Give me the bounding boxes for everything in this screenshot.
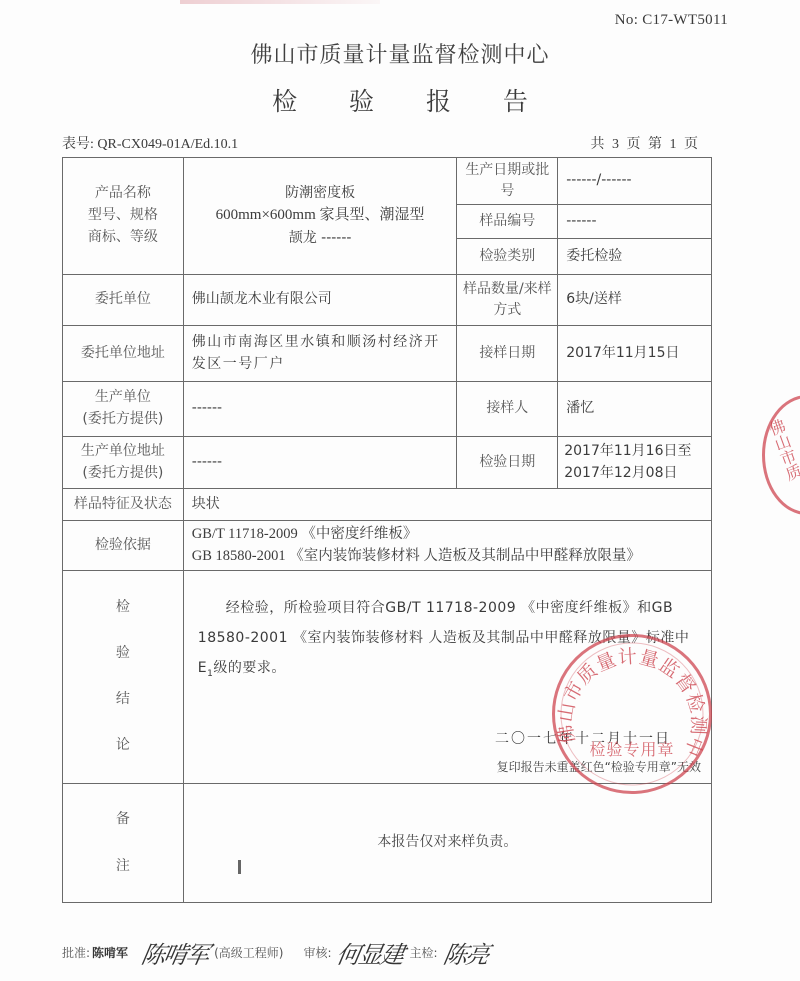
label-line: 生产单位 <box>65 387 181 409</box>
signature-footer: 批准: 陈啃军 陈啃军 (高级工程师) 审核: 何显建 主检: 陈亮 <box>62 935 494 970</box>
side-seal-stamp: 佛山市质 <box>762 395 800 515</box>
top-edge-smudge <box>180 0 380 4</box>
label-char: 结 <box>116 689 130 711</box>
manufacturer-address-label: 生产单位地址 (委托方提供) <box>63 437 184 489</box>
inspection-date-value: 2017年11月16日至 2017年12月08日 <box>558 437 712 489</box>
basis-value: GB/T 11718-2009 《中密度纤维板》 GB 18580-2001 《… <box>183 521 711 571</box>
table-row: 产品名称 型号、规格 商标、等级 防潮密度板 600mm×600mm 家具型、潮… <box>63 158 712 205</box>
production-date-label: 生产日期或批号 <box>457 158 558 205</box>
remarks-text: 本报告仅对来样负责。 <box>377 832 517 854</box>
basis-line: GB/T 11718-2009 《中密度纤维板》 <box>192 524 703 545</box>
receive-date-label: 接样日期 <box>457 326 558 382</box>
approver-signature: 陈啃军 <box>139 935 211 970</box>
label-line: 型号、规格 <box>65 205 181 227</box>
label-char: 备 <box>116 809 130 831</box>
client-address-value: 佛山市南海区里水镇和顺汤村经济开发区一号厂户 <box>183 326 457 382</box>
seal-center-text: 检验专用章 <box>555 737 709 760</box>
page-info: 共 3 页 第 1 页 <box>591 133 699 153</box>
label-line: (委托方提供) <box>65 409 181 431</box>
table-row: 委托单位 佛山颉龙木业有限公司 样品数量/来样方式 6块/送样 <box>63 275 712 326</box>
seal-ring-text-icon: 佛山市质量计量监督检测中心 <box>555 637 709 791</box>
form-number: 表号: QR-CX049-01A/Ed.10.1 <box>62 133 238 153</box>
sample-no-label: 样品编号 <box>457 205 558 239</box>
label-char: 检 <box>116 597 130 619</box>
review-label: 审核: <box>303 944 331 961</box>
conclusion-text-end: 级的要求。 <box>213 660 286 676</box>
sample-state-value: 块状 <box>183 489 711 521</box>
sample-no-value: ------ <box>558 205 712 239</box>
table-row: 生产单位 (委托方提供) ------ 接样人 潘忆 <box>63 382 712 437</box>
table-row: 检验依据 GB/T 11718-2009 《中密度纤维板》 GB 18580-2… <box>63 521 712 571</box>
production-date-value: ------/------ <box>558 158 712 205</box>
inspection-seal-stamp: 佛山市质量计量监督检测中心 检验专用章 <box>552 634 712 794</box>
inspection-type-value: 委托检验 <box>558 239 712 275</box>
value-line: 2017年11月16日至 <box>564 441 703 463</box>
report-number: No: C17-WT5011 <box>615 12 728 29</box>
label-line: 商标、等级 <box>65 227 181 249</box>
conclusion-label: 检 验 结 论 <box>63 571 184 784</box>
approve-label: 批准: <box>62 944 90 961</box>
approver-name: 陈啃军 <box>92 944 128 961</box>
manufacturer-address-value: ------ <box>183 437 457 489</box>
inspector-label: 主检: <box>409 944 437 961</box>
organization-title: 佛山市质量计量监督检测中心 <box>0 38 800 69</box>
basis-line: GB 18580-2001 《室内装饰装修材料 人造板及其制品中甲醛释放限量》 <box>192 546 703 567</box>
value-line: 颉龙 ------ <box>192 228 449 250</box>
table-row: 生产单位地址 (委托方提供) ------ 检验日期 2017年11月16日至 … <box>63 437 712 489</box>
sample-state-label: 样品特征及状态 <box>63 489 184 521</box>
receive-date-value: 2017年11月15日 <box>558 326 712 382</box>
product-value: 防潮密度板 600mm×600mm 家具型、潮湿型 颉龙 ------ <box>183 158 457 275</box>
inspection-date-label: 检验日期 <box>457 437 558 489</box>
label-char: 注 <box>116 856 130 878</box>
receiver-value: 潘忆 <box>558 382 712 437</box>
document-title: 检 验 报 告 <box>0 82 800 118</box>
table-row: 样品特征及状态 块状 <box>63 489 712 521</box>
side-seal-text: 佛山市质 <box>763 416 800 484</box>
remarks-cell: 本报告仅对来样负责。 <box>183 784 711 903</box>
table-row: 委托单位地址 佛山市南海区里水镇和顺汤村经济开发区一号厂户 接样日期 2017年… <box>63 326 712 382</box>
inspection-type-label: 检验类别 <box>457 239 558 275</box>
label-line: 生产单位地址 <box>65 441 181 463</box>
manufacturer-value: ------ <box>183 382 457 437</box>
value-line: 2017年12月08日 <box>564 463 703 485</box>
basis-label: 检验依据 <box>63 521 184 571</box>
label-line: (委托方提供) <box>65 463 181 485</box>
product-label: 产品名称 型号、规格 商标、等级 <box>63 158 184 275</box>
label-char: 验 <box>116 643 130 665</box>
table-row: 备 注 本报告仅对来样负责。 <box>63 784 712 903</box>
label-char: 论 <box>116 735 130 757</box>
inspector-signature: 陈亮 <box>440 935 490 970</box>
manufacturer-label: 生产单位 (委托方提供) <box>63 382 184 437</box>
receiver-label: 接样人 <box>457 382 558 437</box>
client-address-label: 委托单位地址 <box>63 326 184 382</box>
label-line: 产品名称 <box>65 183 181 205</box>
client-value: 佛山颉龙木业有限公司 <box>183 275 457 326</box>
value-line: 防潮密度板 <box>192 183 449 205</box>
sample-qty-value: 6块/送样 <box>558 275 712 326</box>
value-line: 600mm×600mm 家具型、潮湿型 <box>192 204 449 227</box>
reviewer-signature: 何显建 <box>334 935 406 970</box>
remarks-label: 备 注 <box>63 784 184 903</box>
approver-title: (高级工程师) <box>214 944 283 961</box>
ink-mark <box>238 860 241 874</box>
sample-qty-label: 样品数量/来样方式 <box>457 275 558 326</box>
client-label: 委托单位 <box>63 275 184 326</box>
